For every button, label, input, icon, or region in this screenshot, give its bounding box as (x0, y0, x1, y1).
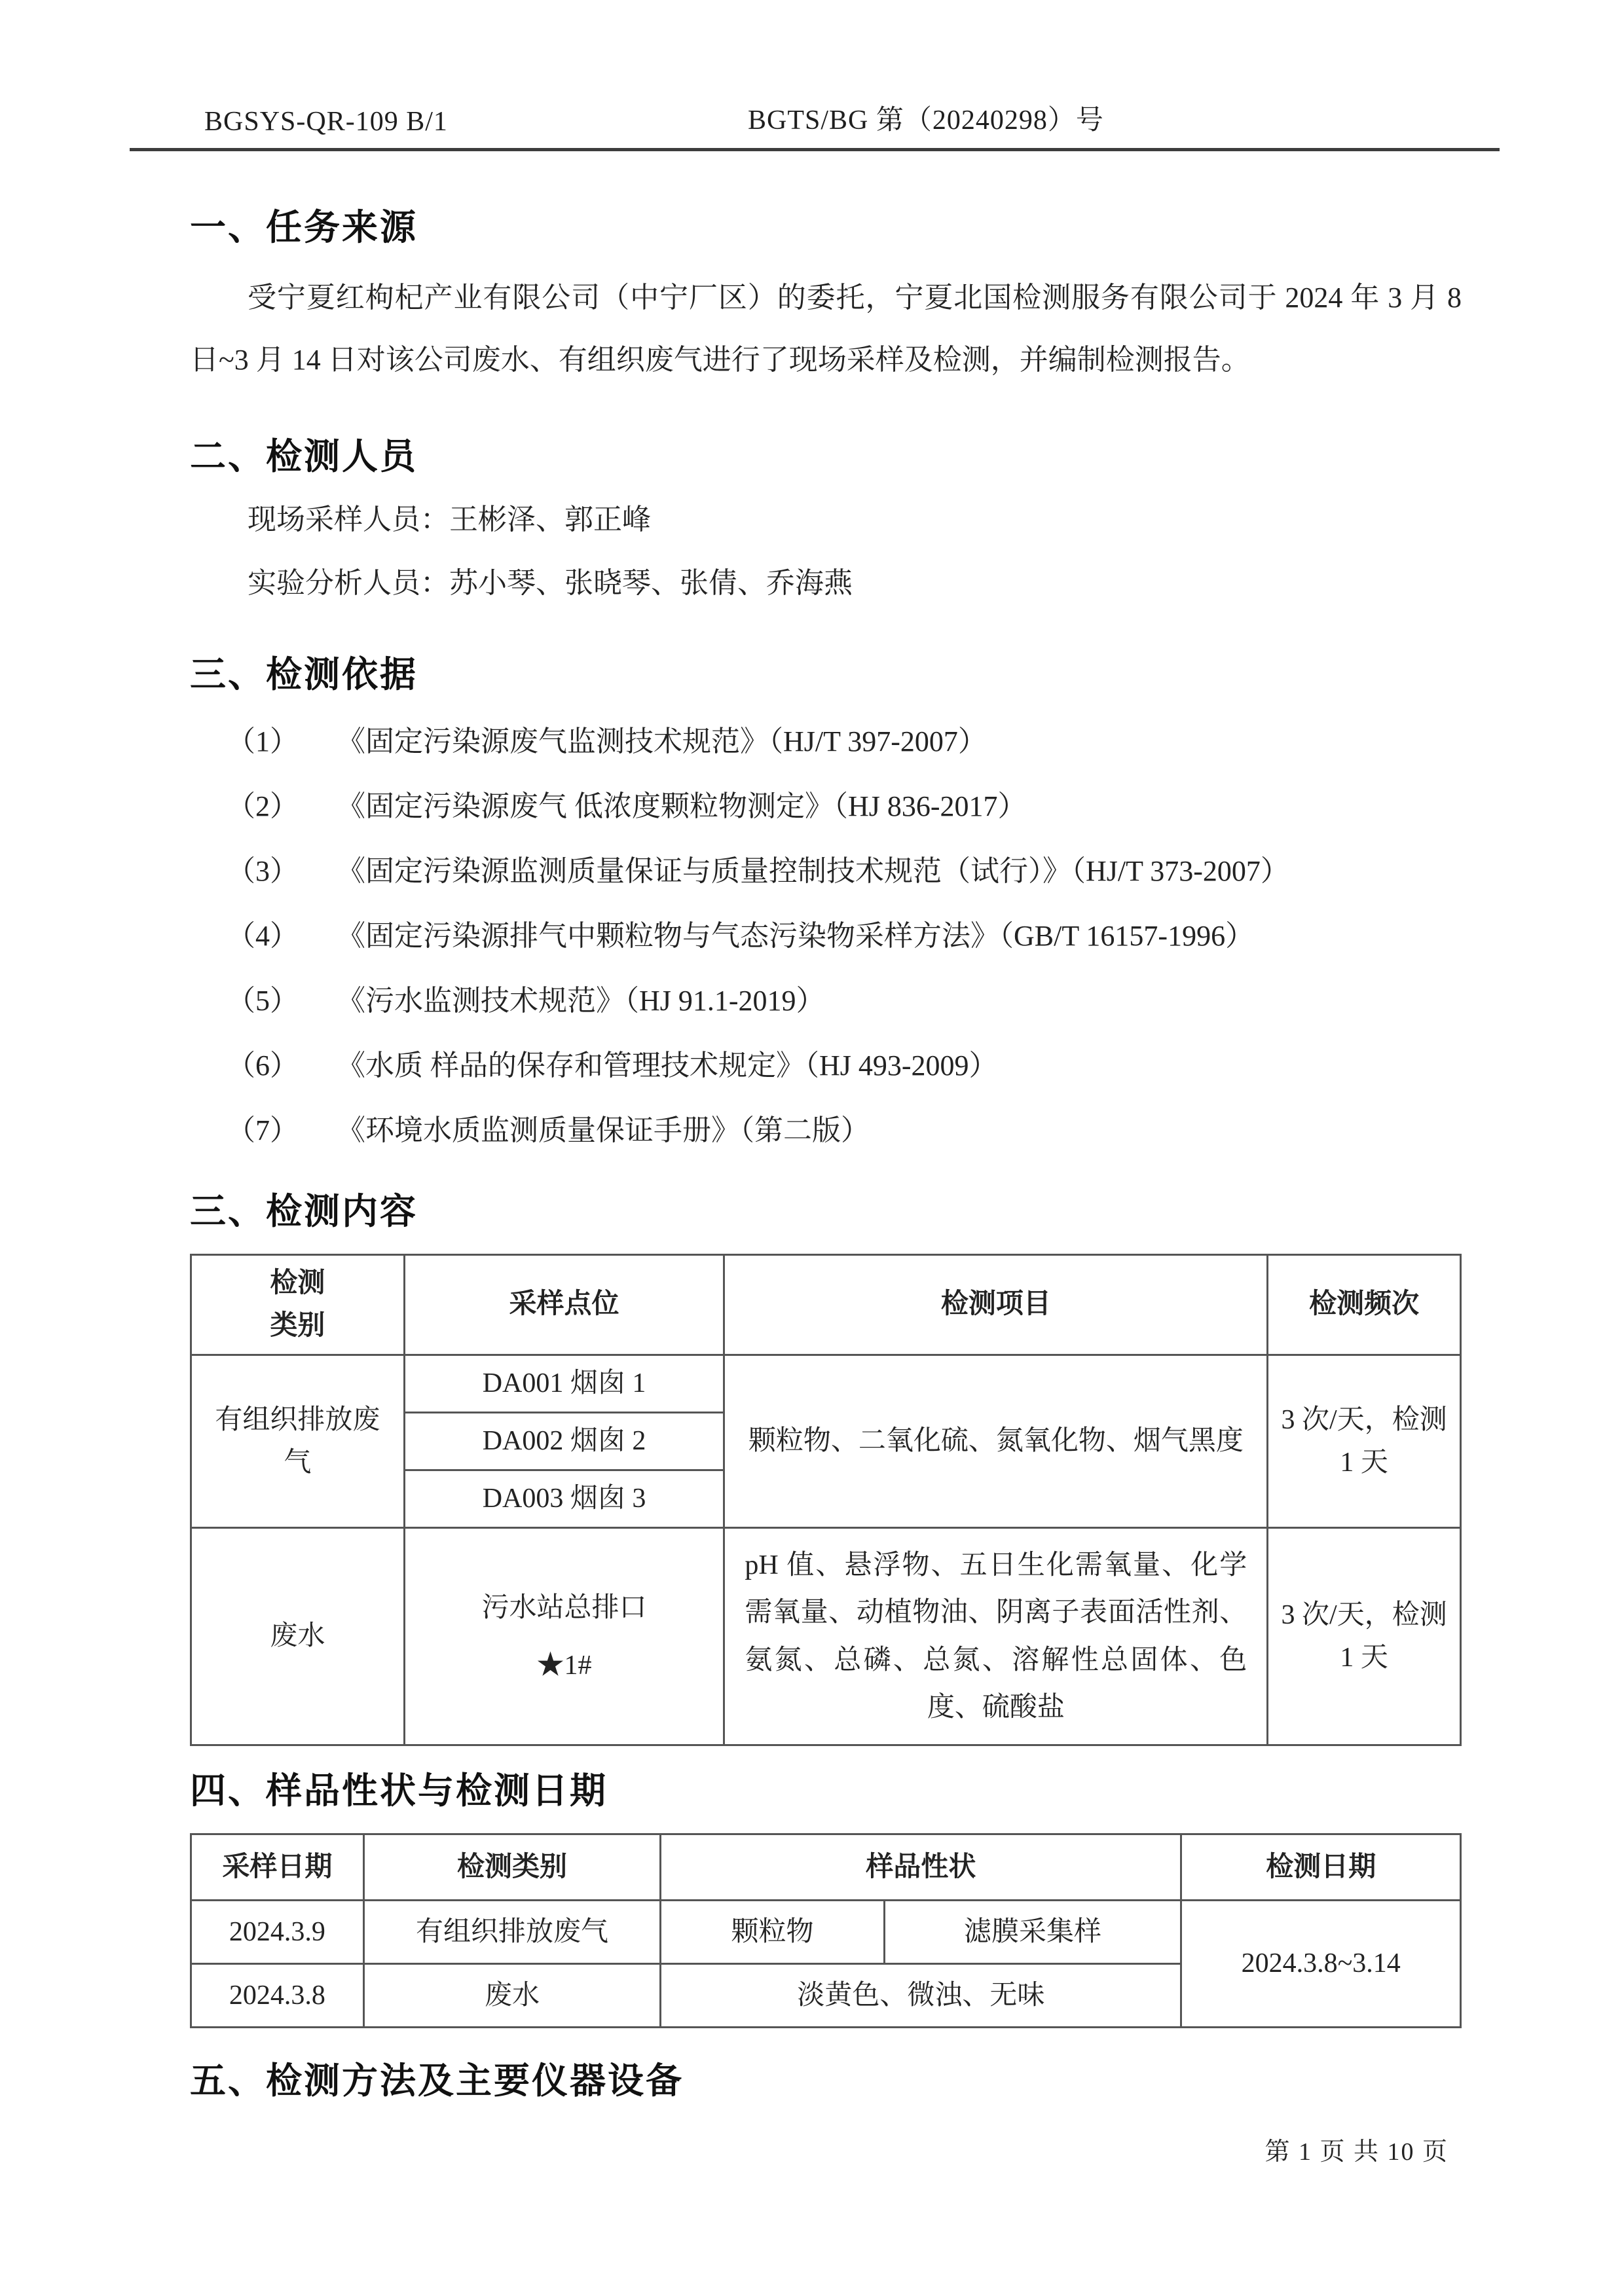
basis-item: （1） 《固定污染源废气监测技术规范》（HJ/T 397-2007） (190, 709, 1462, 774)
gas-category-cell: 有组织排放废 气 (191, 1355, 405, 1527)
section-title-samples: 四、样品性状与检测日期 (190, 1762, 1462, 1813)
gas-point-da002-cell: DA002 烟囱 2 (404, 1413, 724, 1470)
water-items-cell: pH 值、悬浮物、五日生化需氧量、化学需氧量、动植物油、阴离子表面活性剂、氨氮、… (724, 1528, 1268, 1745)
basis-item-text: 《固定污染源排气中颗粒物与气态污染物采样方法》（GB/T 16157-1996） (337, 903, 1462, 968)
water-frequency-cell: 3 次/天，检测 1 天 (1268, 1528, 1461, 1745)
table-row: 2024.3.9 有组织排放废气 颗粒物 滤膜采集样 2024.3.8~3.14 (191, 1901, 1461, 1964)
sample-date-gas-cell: 2024.3.9 (191, 1901, 364, 1964)
sample-trait-gas-cell-2: 滤膜采集样 (884, 1901, 1181, 1964)
basis-item-number: （6） (190, 1033, 337, 1098)
table-row: 废水 污水站总排口 ★1# pH 值、悬浮物、五日生化需氧量、化学需氧量、动植物… (191, 1528, 1461, 1745)
sample-date-water-cell: 2024.3.8 (191, 1964, 364, 2028)
samples-table: 采样日期 检测类别 样品性状 检测日期 2024.3.9 有组织排放废气 颗粒物… (190, 1833, 1462, 2028)
basis-item: （7） 《环境水质监测质量保证手册》（第二版） (190, 1098, 1462, 1163)
gas-point-da003-cell: DA003 烟囱 3 (404, 1470, 724, 1528)
content-col-items: 检测项目 (724, 1254, 1268, 1355)
samples-col-category: 检测类别 (363, 1834, 661, 1901)
basis-item-number: （1） (190, 709, 337, 774)
header-rule (130, 148, 1500, 151)
basis-item-text: 《固定污染源废气 低浓度颗粒物测定》（HJ 836-2017） (337, 774, 1462, 839)
basis-item-number: （7） (190, 1098, 337, 1163)
document-page: BGSYS-QR-109 B/1 BGTS/BG 第（20240298）号 一、… (0, 0, 1624, 2296)
basis-item-text: 《水质 样品的保存和管理技术规定》（HJ 493-2009） (337, 1033, 1462, 1098)
personnel-line-analysis: 实验分析人员：苏小琴、张晓琴、张倩、乔海燕 (190, 552, 1462, 615)
basis-item: （4） 《固定污染源排气中颗粒物与气态污染物采样方法》（GB/T 16157-1… (190, 903, 1462, 968)
gas-frequency-cell: 3 次/天，检测 1 天 (1268, 1355, 1461, 1527)
samples-col-detect-date: 检测日期 (1181, 1834, 1461, 1901)
section-title-task-source: 一、任务来源 (190, 198, 1462, 250)
basis-item-number: （3） (190, 839, 337, 903)
header-left-code: BGSYS-QR-109 B/1 (204, 106, 448, 137)
gas-point-da001-cell: DA001 烟囱 1 (404, 1355, 724, 1412)
basis-item-number: （4） (190, 903, 337, 968)
section-title-content: 三、检测内容 (190, 1182, 1462, 1234)
table-row: 有组织排放废 气 DA001 烟囱 1 颗粒物、二氧化硫、氮氧化物、烟气黑度 3… (191, 1355, 1461, 1412)
sample-category-water-cell: 废水 (363, 1964, 661, 2028)
basis-item: （6） 《水质 样品的保存和管理技术规定》（HJ 493-2009） (190, 1033, 1462, 1098)
section-title-personnel: 二、检测人员 (190, 428, 1462, 479)
samples-table-header-row: 采样日期 检测类别 样品性状 检测日期 (191, 1834, 1461, 1901)
basis-list: （1） 《固定污染源废气监测技术规范》（HJ/T 397-2007） （2） 《… (190, 709, 1462, 1163)
sample-trait-gas-cell-1: 颗粒物 (661, 1901, 884, 1964)
page-number-indicator: 第 1 页 共 10 页 (1264, 2131, 1449, 2167)
section-title-basis: 三、检测依据 (190, 646, 1462, 697)
basis-item-text: 《污水监测技术规范》（HJ 91.1-2019） (337, 968, 1462, 1033)
basis-item-text: 《固定污染源废气监测技术规范》（HJ/T 397-2007） (337, 709, 1462, 774)
content-table-header-row: 检测 类别 采样点位 检测项目 检测频次 (191, 1254, 1461, 1355)
task-source-paragraph: 受宁夏红枸杞产业有限公司（中宁厂区）的委托，宁夏北国检测服务有限公司于 2024… (190, 267, 1462, 391)
basis-item-number: （5） (190, 968, 337, 1033)
doc-header: BGSYS-QR-109 B/1 BGTS/BG 第（20240298）号 (190, 98, 1462, 137)
personnel-block: 现场采样人员：王彬泽、郭正峰 实验分析人员：苏小琴、张晓琴、张倩、乔海燕 (190, 488, 1462, 615)
basis-item-text: 《环境水质监测质量保证手册》（第二版） (337, 1098, 1462, 1163)
content-col-frequency: 检测频次 (1268, 1254, 1461, 1355)
content-table: 检测 类别 采样点位 检测项目 检测频次 有组织排放废 气 DA001 烟囱 1… (190, 1254, 1462, 1746)
header-right-code: BGTS/BG 第（20240298）号 (748, 98, 1104, 137)
content-col-point: 采样点位 (404, 1254, 724, 1355)
basis-item-text: 《固定污染源监测质量保证与质量控制技术规范（试行）》（HJ/T 373-2007… (337, 839, 1462, 903)
water-category-cell: 废水 (191, 1528, 405, 1745)
samples-col-trait: 样品性状 (661, 1834, 1181, 1901)
content-col-category: 检测 类别 (191, 1254, 405, 1355)
basis-item: （2） 《固定污染源废气 低浓度颗粒物测定》（HJ 836-2017） (190, 774, 1462, 839)
sample-detect-date-cell: 2024.3.8~3.14 (1181, 1901, 1461, 2028)
basis-item: （3） 《固定污染源监测质量保证与质量控制技术规范（试行）》（HJ/T 373-… (190, 839, 1462, 903)
water-point-cell: 污水站总排口 ★1# (404, 1528, 724, 1745)
gas-items-cell: 颗粒物、二氧化硫、氮氧化物、烟气黑度 (724, 1355, 1268, 1527)
samples-col-sample-date: 采样日期 (191, 1834, 364, 1901)
sample-category-gas-cell: 有组织排放废气 (363, 1901, 661, 1964)
sample-trait-water-cell: 淡黄色、微浊、无味 (661, 1964, 1181, 2028)
basis-item: （5） 《污水监测技术规范》（HJ 91.1-2019） (190, 968, 1462, 1033)
personnel-line-sampling: 现场采样人员：王彬泽、郭正峰 (190, 488, 1462, 552)
basis-item-number: （2） (190, 774, 337, 839)
section-title-methods: 五、检测方法及主要仪器设备 (190, 2052, 1462, 2104)
